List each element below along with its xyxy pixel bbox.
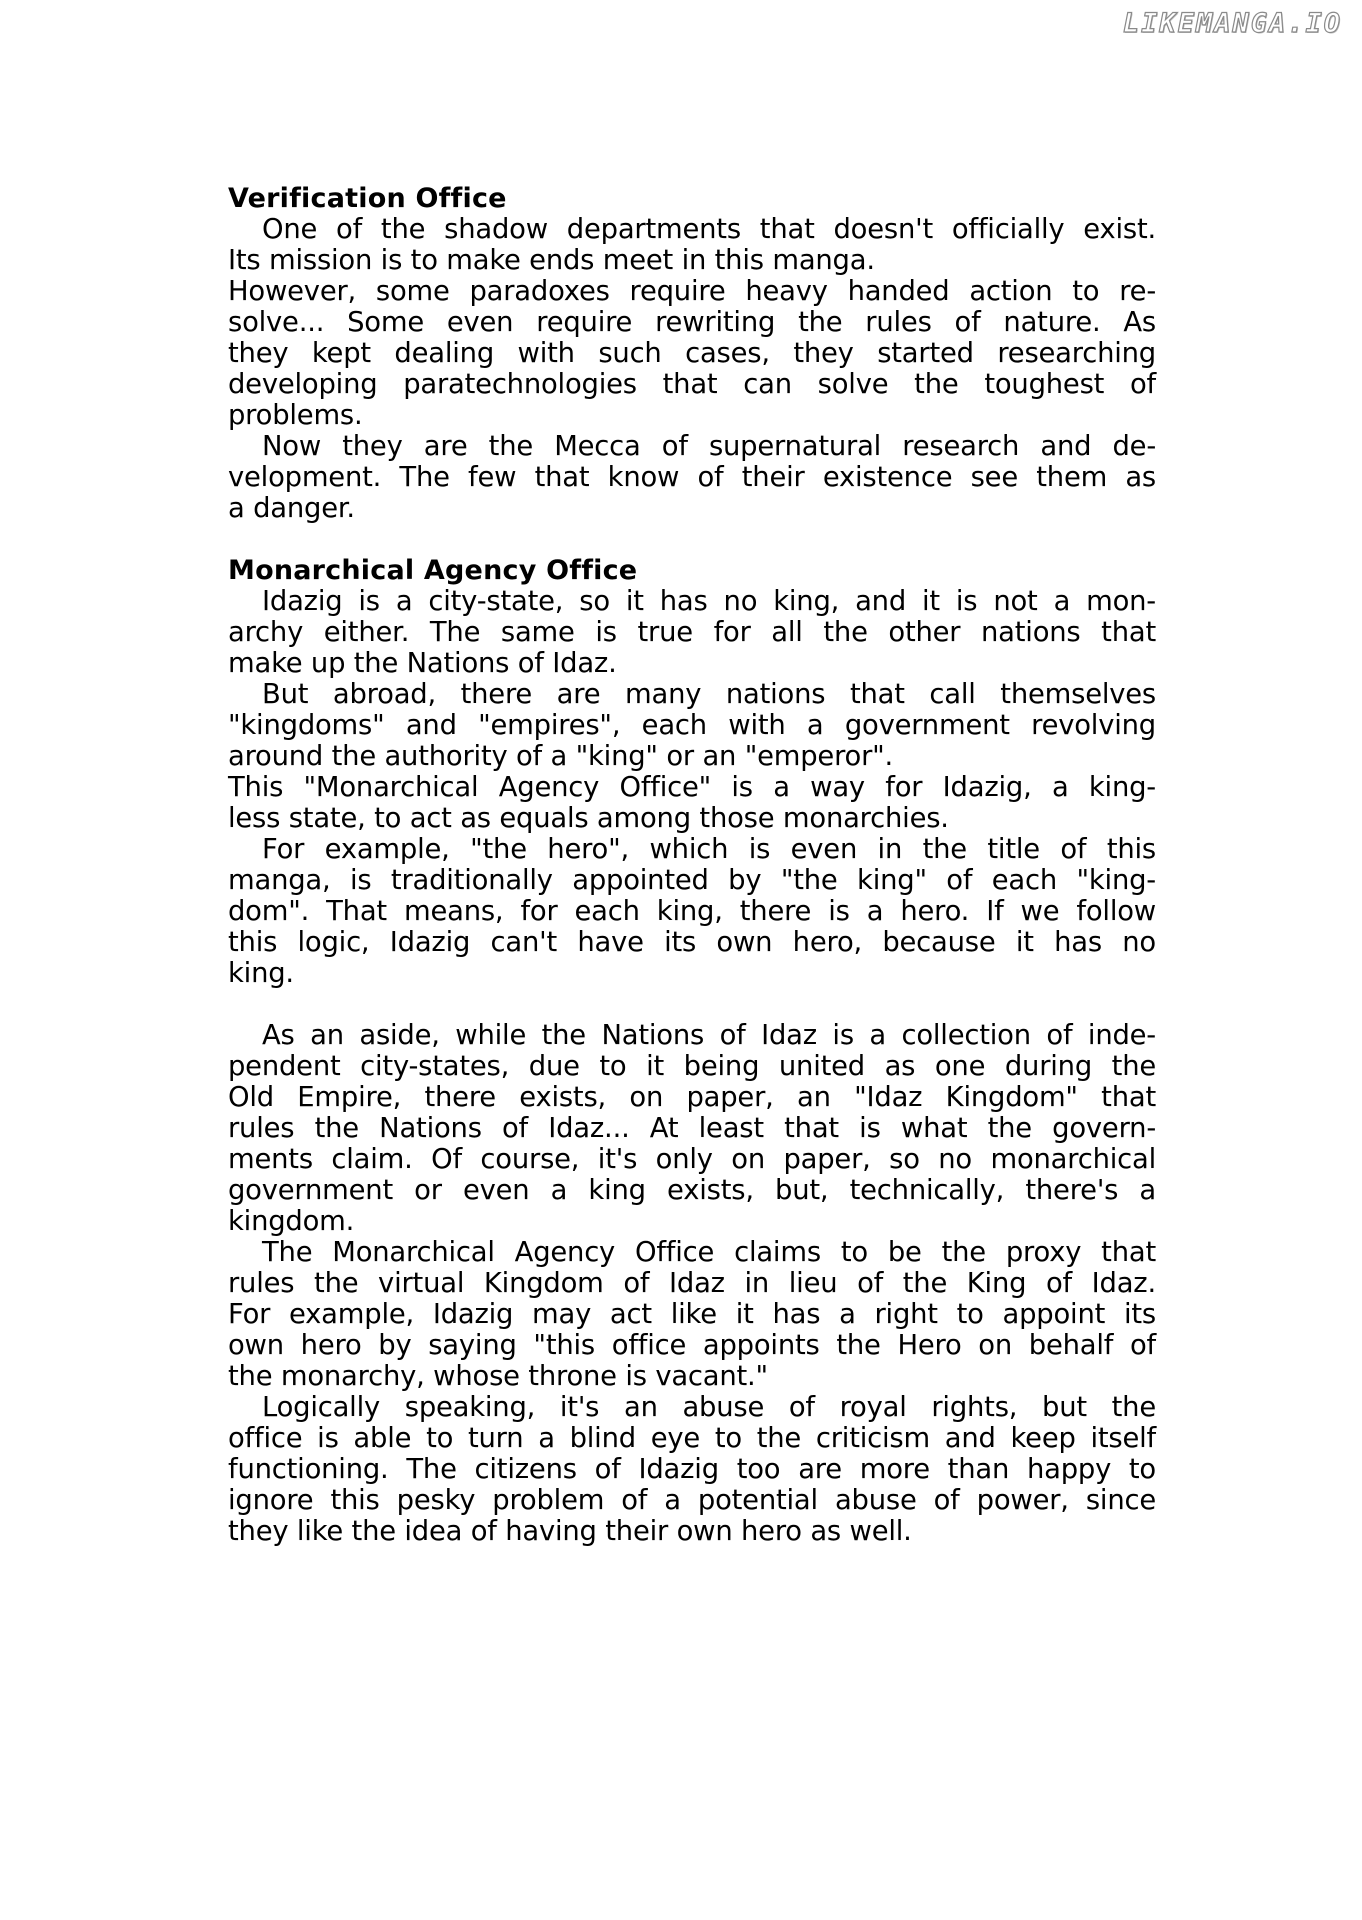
section-heading: Verification Office — [228, 183, 1156, 214]
text-line: pendent city-states, due to it being uni… — [228, 1051, 1156, 1082]
section-body: Idazig is a city-state, so it has no kin… — [228, 586, 1156, 1547]
text-line: functioning. The citizens of Idazig too … — [228, 1454, 1156, 1485]
text-line: around the authority of a "king" or an "… — [228, 741, 1156, 772]
text-line: the monarchy, whose throne is vacant." — [228, 1361, 1156, 1392]
text-line: they kept dealing with such cases, they … — [228, 338, 1156, 369]
text-line: problems. — [228, 400, 1156, 431]
section-body: One of the shadow departments that doesn… — [228, 214, 1156, 524]
text-line: rules the Nations of Idaz... At least th… — [228, 1113, 1156, 1144]
text-line: less state, to act as equals among those… — [228, 803, 1156, 834]
text-line: But abroad, there are many nations that … — [228, 679, 1156, 710]
text-page: Verification Office One of the shadow de… — [228, 183, 1156, 1547]
text-line: king. — [228, 958, 1156, 989]
text-line: Now they are the Mecca of supernatural r… — [228, 431, 1156, 462]
text-line: As an aside, while the Nations of Idaz i… — [228, 1020, 1156, 1051]
text-line: rules the virtual Kingdom of Idaz in lie… — [228, 1268, 1156, 1299]
text-line: they like the idea of having their own h… — [228, 1516, 1156, 1547]
section-heading: Monarchical Agency Office — [228, 555, 1156, 586]
section-verification-office: Verification Office One of the shadow de… — [228, 183, 1156, 524]
text-line: However, some paradoxes require heavy ha… — [228, 276, 1156, 307]
text-line: The Monarchical Agency Office claims to … — [228, 1237, 1156, 1268]
paragraph-gap — [228, 989, 1156, 1020]
text-line: government or even a king exists, but, t… — [228, 1175, 1156, 1206]
text-line: dom". That means, for each king, there i… — [228, 896, 1156, 927]
text-line: For example, Idazig may act like it has … — [228, 1299, 1156, 1330]
text-line: Old Empire, there exists, on paper, an "… — [228, 1082, 1156, 1113]
text-line: ignore this pesky problem of a potential… — [228, 1485, 1156, 1516]
text-line: a danger. — [228, 493, 1156, 524]
text-line: velopment. The few that know of their ex… — [228, 462, 1156, 493]
text-line: kingdom. — [228, 1206, 1156, 1237]
text-line: This "Monarchical Agency Office" is a wa… — [228, 772, 1156, 803]
site-watermark: LIKEMANGA.IO — [1123, 8, 1342, 39]
text-line: One of the shadow departments that doesn… — [228, 214, 1156, 245]
text-line: archy either. The same is true for all t… — [228, 617, 1156, 648]
text-line: Idazig is a city-state, so it has no kin… — [228, 586, 1156, 617]
text-line: Its mission is to make ends meet in this… — [228, 245, 1156, 276]
text-line: ments claim. Of course, it's only on pap… — [228, 1144, 1156, 1175]
section-monarchical-agency-office: Monarchical Agency Office Idazig is a ci… — [228, 555, 1156, 1547]
text-line: solve... Some even require rewriting the… — [228, 307, 1156, 338]
text-line: office is able to turn a blind eye to th… — [228, 1423, 1156, 1454]
text-line: manga, is traditionally appointed by "th… — [228, 865, 1156, 896]
text-line: make up the Nations of Idaz. — [228, 648, 1156, 679]
text-line: developing paratechnologies that can sol… — [228, 369, 1156, 400]
text-line: own hero by saying "this office appoints… — [228, 1330, 1156, 1361]
text-line: For example, "the hero", which is even i… — [228, 834, 1156, 865]
text-line: "kingdoms" and "empires", each with a go… — [228, 710, 1156, 741]
text-line: Logically speaking, it's an abuse of roy… — [228, 1392, 1156, 1423]
text-line: this logic, Idazig can't have its own he… — [228, 927, 1156, 958]
